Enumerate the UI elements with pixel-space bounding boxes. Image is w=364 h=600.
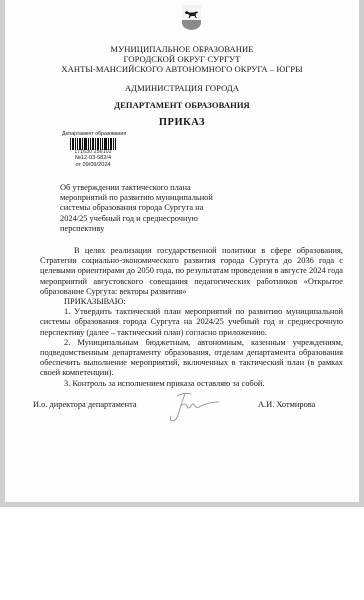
order-item: 3. Контроль за исполнением приказа остав… [40, 379, 343, 389]
header-department: ДЕПАРТАМЕНТ ОБРАЗОВАНИЯ [5, 100, 359, 110]
order-item: 1. Утвердить тактический план мероприяти… [40, 307, 343, 338]
handwritten-signature-icon [163, 390, 223, 424]
header-org-line: ГОРОДСКОЙ ОКРУГ СУРГУТ [5, 54, 359, 64]
order-directive: ПРИКАЗЫВАЮ: [40, 297, 343, 307]
header-org-line: МУНИЦИПАЛЬНОЕ ОБРАЗОВАНИЕ [5, 44, 359, 54]
header-org-line: ХАНТЫ-МАНСИЙСКОГО АВТОНОМНОГО ОКРУГА – Ю… [5, 64, 359, 74]
registration-stamp: Департамент образования [62, 131, 124, 169]
order-subject: Об утверждении тактического плана меропр… [60, 183, 220, 234]
document-viewer-frame: МУНИЦИПАЛЬНОЕ ОБРАЗОВАНИЕ ГОРОДСКОЙ ОКРУ… [0, 0, 364, 507]
order-body: В целях реализации государственной полит… [40, 246, 343, 389]
stamp-organization: Департамент образования [62, 131, 124, 137]
order-preamble: В целях реализации государственной полит… [40, 246, 343, 297]
registration-number: №12-03-582/4 [62, 155, 124, 162]
surgut-coat-of-arms-icon [182, 5, 201, 30]
document-page: МУНИЦИПАЛЬНОЕ ОБРАЗОВАНИЕ ГОРОДСКОЙ ОКРУ… [5, 0, 359, 502]
registration-date: от 09/09/2024 [62, 162, 124, 169]
signatory-name: А.И. Хотмирова [258, 400, 315, 410]
signatory-position: И.о. директора департамента [33, 400, 137, 410]
header-administration: АДМИНИСТРАЦИЯ ГОРОДА [5, 83, 359, 93]
signature-block: И.о. директора департамента А.И. Хотмиро… [5, 398, 359, 428]
order-item: 2. Муниципальным бюджетным, автономным, … [40, 338, 343, 379]
document-type-title: ПРИКАЗ [5, 118, 359, 128]
header-organization: МУНИЦИПАЛЬНОЕ ОБРАЗОВАНИЕ ГОРОДСКОЙ ОКРУ… [5, 44, 359, 74]
